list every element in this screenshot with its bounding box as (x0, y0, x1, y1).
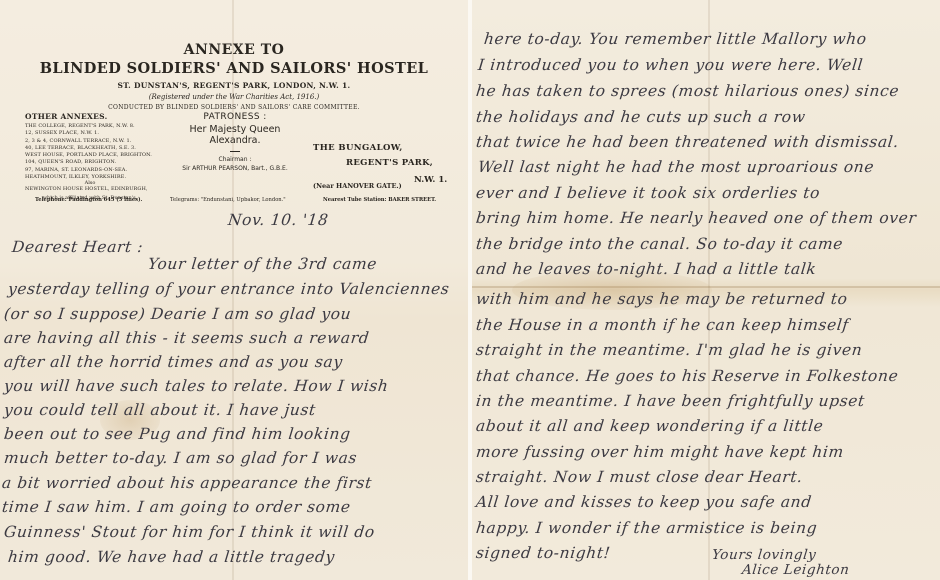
letter-line: much better to-day. I am so glad for I w… (3, 449, 358, 467)
letter-line: ever and I believe it took six orderlies… (475, 184, 821, 202)
annex-item: THE COLLEGE, REGENT'S PARK, N.W. 8. (25, 123, 175, 130)
letter-line: after all the horrid times and as you sa… (3, 353, 344, 371)
letter-line: in the meantime. I have been frightfully… (475, 392, 866, 410)
letterhead-registered: (Registered under the War Charities Act,… (0, 93, 468, 101)
letter-line: are having all this - it seems such a re… (3, 329, 370, 347)
letter-line: more fussing over him might have kept hi… (475, 443, 845, 461)
letter-line: you could tell all about it. I have just (3, 401, 317, 419)
letter-line: time I saw him. I am going to order some (1, 498, 352, 516)
annex-item: 40, LEE TERRACE, BLACKHEATH, S.E. 3. (25, 145, 175, 152)
divider (230, 151, 240, 152)
annex-item: 2, 3 & 4, CORNWALL TERRACE, N.W. 1. (25, 138, 175, 145)
letter-closing: Yours lovingly (711, 547, 817, 563)
letter-line: with him and he says he may be returned … (475, 290, 849, 308)
letter-line: a bit worried about his appearance the f… (1, 474, 373, 492)
nearest-tube: Nearest Tube Station: BAKER STREET. (323, 197, 436, 203)
letter-line: Guinness' Stout for him for I think it w… (3, 523, 376, 541)
letterhead-address: ST. DUNSTAN'S, REGENT'S PARK, LONDON, N.… (0, 81, 468, 90)
patroness-name: Her Majesty Queen Alexandra. (165, 124, 305, 146)
annex-item: WEST HOUSE, PORTLAND PLACE, BRIGHTON. (25, 152, 175, 159)
chairman-label: Chairman : (165, 156, 305, 163)
annex-item: 97, MARINA, ST. LEONARDS-ON-SEA. (25, 167, 175, 174)
letter-line: the House in a month if he can keep hims… (475, 316, 850, 334)
letter-line: here to-day. You remember little Mallory… (483, 30, 868, 48)
letter-signature: Alice Leighton (741, 562, 850, 578)
letterhead-conducted-by: CONDUCTED BY BLINDED SOLDIERS' AND SAILO… (0, 104, 468, 111)
letterhead-title-line1: ANNEXE TO (0, 42, 468, 58)
letter-line: I introduced you to when you were here. … (477, 56, 864, 74)
annex-item: HEATHMOUNT, ILKLEY, YORKSHIRE. (25, 174, 175, 181)
patroness-label: PATRONESS : (165, 112, 305, 122)
letter-line: he has taken to sprees (most hilarious o… (475, 82, 900, 100)
letter-line: bring him home. He nearly heaved one of … (475, 209, 917, 227)
letter-line: him good. We have had a little tragedy (7, 548, 336, 566)
letterhead-title-line2: BLINDED SOLDIERS' AND SAILORS' HOSTEL (0, 60, 468, 77)
bungalow-line3: N.W. 1. (414, 175, 447, 185)
letter-date: Nov. 10. '18 (227, 211, 329, 229)
letter-line: you will have such tales to relate. How … (3, 377, 389, 395)
letter-line: and he leaves to-night. I had a little t… (475, 260, 817, 278)
patroness-block: PATRONESS : Her Majesty Queen Alexandra.… (165, 112, 305, 172)
letter-line: straight in the meantime. I'm glad he is… (475, 341, 863, 359)
telephone: Telephone: Paddington 645 (5 lines). (35, 197, 142, 203)
bungalow-near: (Near HANOVER GATE.) (313, 182, 402, 190)
annex-newington: NEWINGTON HOUSE HOSTEL, EDINBURGH, (25, 186, 175, 193)
letter-line: All love and kisses to keep you safe and (475, 493, 813, 511)
letter-line: about it all and keep wondering if a lit… (475, 417, 824, 435)
letter-line: straight. Now I must close dear Heart. (475, 468, 804, 486)
annex-item: 12, SUSSEX PLACE, N.W. 1. (25, 130, 175, 137)
annex-item: 104, QUEEN'S ROAD, BRIGHTON. (25, 159, 175, 166)
letter-line: signed to-night! (475, 544, 611, 562)
letter-line: (or so I suppose) Dearie I am so glad yo… (3, 305, 352, 323)
bungalow-line1: THE BUNGALOW, (313, 143, 403, 153)
other-annexes-heading: OTHER ANNEXES. (25, 112, 175, 121)
letter-line: that chance. He goes to his Reserve in F… (475, 367, 899, 385)
letter-line: that twice he had been threatened with d… (475, 133, 900, 151)
letter-line: Well last night he had the most uproario… (477, 158, 875, 176)
bungalow-line2: REGENT'S PARK, (346, 158, 433, 168)
letter-page-right: here to-day. You remember little Mallory… (472, 0, 940, 580)
letter-page-left: ANNEXE TO BLINDED SOLDIERS' AND SAILORS'… (0, 0, 468, 580)
letter-line: the bridge into the canal. So to-day it … (475, 235, 844, 253)
letter-salutation: Dearest Heart : (11, 238, 144, 256)
letter-line: yesterday telling of your entrance into … (7, 280, 450, 298)
letter-line: been out to see Pug and find him looking (3, 425, 352, 443)
telegrams: Telegrams: "Endunstani, Upbakor, London.… (170, 197, 286, 203)
letter-line: happy. I wonder if the armistice is bein… (475, 519, 818, 537)
other-annexes-block: OTHER ANNEXES. THE COLLEGE, REGENT'S PAR… (25, 112, 175, 202)
letter-line: Your letter of the 3rd came (147, 255, 378, 273)
letter-line: the holidays and he cuts up such a row (475, 108, 807, 126)
chairman-name: Sir ARTHUR PEARSON, Bart., G.B.E. (165, 165, 305, 172)
